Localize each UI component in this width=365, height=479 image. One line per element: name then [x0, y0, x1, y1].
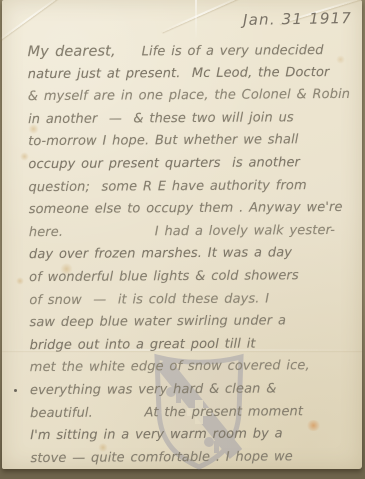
- letter-line: stove — quite comfortable . I hope we: [30, 446, 353, 471]
- letter-line: someone else to occupy them . Anyway we'…: [29, 197, 352, 222]
- letter-line-text: Life is of a very undecided: [142, 43, 324, 59]
- letter-salutation: My dearest,: [28, 44, 116, 61]
- paper-crease: [0, 0, 63, 41]
- letter-line: saw deep blue water swirling under a: [29, 310, 352, 335]
- letter-line: occupy our present quarters is another: [28, 152, 351, 177]
- letter-line: in another — & these two will join us: [28, 107, 351, 132]
- letter-line: I'm sitting in a very warm room by a: [30, 423, 353, 448]
- letter-line: to-morrow I hope. But whether we shall: [28, 129, 351, 154]
- letter-line: nature just at present. Mc Leod, the Doc…: [28, 61, 351, 86]
- paper-crease: [162, 0, 247, 33]
- letter-line: of wonderful blue lights & cold showers: [29, 265, 352, 290]
- letter-line: question; some R E have authority from: [28, 174, 351, 199]
- letter-line: day over frozen marshes. It was a day: [29, 242, 352, 267]
- letter-date: Jan. 31 1917: [243, 9, 352, 29]
- paper-crease: [195, 0, 197, 40]
- letter-line: & myself are in one place, the Colonel &…: [28, 84, 351, 109]
- letter-line: beautiful. At the present moment: [30, 400, 353, 425]
- letter-body: My dearest,Life is of a very undecided n…: [28, 39, 354, 471]
- letter-photograph: Jan. 31 1917 My dearest,Life is of a ver…: [0, 0, 365, 479]
- letter-paper: Jan. 31 1917 My dearest,Life is of a ver…: [2, 0, 362, 469]
- letter-line: My dearest,Life is of a very undecided: [28, 39, 351, 64]
- foxing-spot: [16, 277, 24, 285]
- letter-line: everything was very hard & clean &: [30, 378, 353, 403]
- letter-line: of snow — it is cold these days. I: [29, 287, 352, 312]
- letter-line: met the white edge of snow covered ice,: [30, 355, 353, 380]
- letter-line: here. I had a lovely walk yester-: [29, 220, 352, 245]
- ink-dot: [14, 389, 17, 392]
- letter-line: bridge out into a great pool till it: [30, 333, 353, 358]
